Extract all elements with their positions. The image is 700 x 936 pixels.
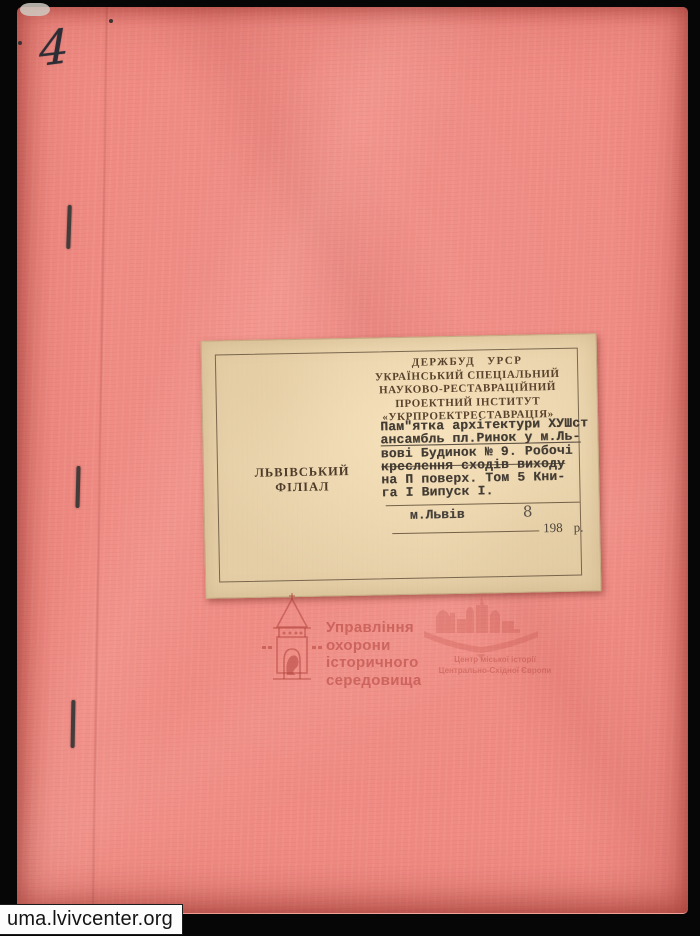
watermark-line: середовища (326, 672, 496, 690)
city-label: м.Львів (410, 507, 465, 523)
ink-speck (109, 19, 113, 23)
branch-name: ЛЬВІВСЬКИЙ ФІЛІАЛ (232, 464, 373, 497)
archive-label: ДЕРЖБУД УРСР УКРАЇНСЬКИЙ СПЕЦІАЛЬНИЙ НАУ… (201, 333, 602, 599)
paper-tear-chip (20, 3, 50, 16)
institution-header: ДЕРЖБУД УРСР УКРАЇНСЬКИЙ СПЕЦІАЛЬНИЙ НАУ… (352, 354, 583, 426)
watermark-line: Центр міської історії (420, 655, 570, 666)
staple (66, 205, 72, 249)
urban-history-skyline-book-icon (422, 591, 540, 667)
staple (75, 466, 80, 508)
handwritten-number: 8 (523, 502, 533, 520)
staple (71, 700, 76, 748)
fold-crease (91, 7, 109, 917)
handwritten-page-number: 4 (39, 19, 70, 78)
ink-speck (18, 41, 22, 45)
source-url-badge: uma.lvivcenter.org (0, 904, 183, 935)
year-suffix: р. (574, 520, 584, 535)
year-prefix: 198 (543, 520, 563, 535)
folder-cover: 4 ДЕРЖБУД УРСР УКРАЇНСЬКИЙ СПЕЦІАЛЬНИЙ Н… (17, 7, 688, 914)
year-row: 198р. (543, 520, 584, 537)
scanned-document: 4 ДЕРЖБУД УРСР УКРАЇНСЬКИЙ СПЕЦІАЛЬНИЙ Н… (0, 0, 700, 936)
branch-line: ФІЛІАЛ (232, 479, 372, 497)
watermark-line: Управління (326, 619, 496, 637)
typed-title-block: Пам"ятка архітектури ХУШст ансамбль пл.Р… (380, 416, 603, 500)
heritage-tower-icon (260, 591, 324, 683)
heritage-office-caption: Управління охорони історичного середовищ… (326, 619, 496, 689)
watermark-line: Центрально-Східної Європи (420, 666, 570, 677)
urban-history-caption: Центр міської історії Центрально-Східної… (420, 655, 570, 676)
watermark-line: історичного (326, 654, 496, 672)
watermark-line: охорони (326, 637, 496, 655)
